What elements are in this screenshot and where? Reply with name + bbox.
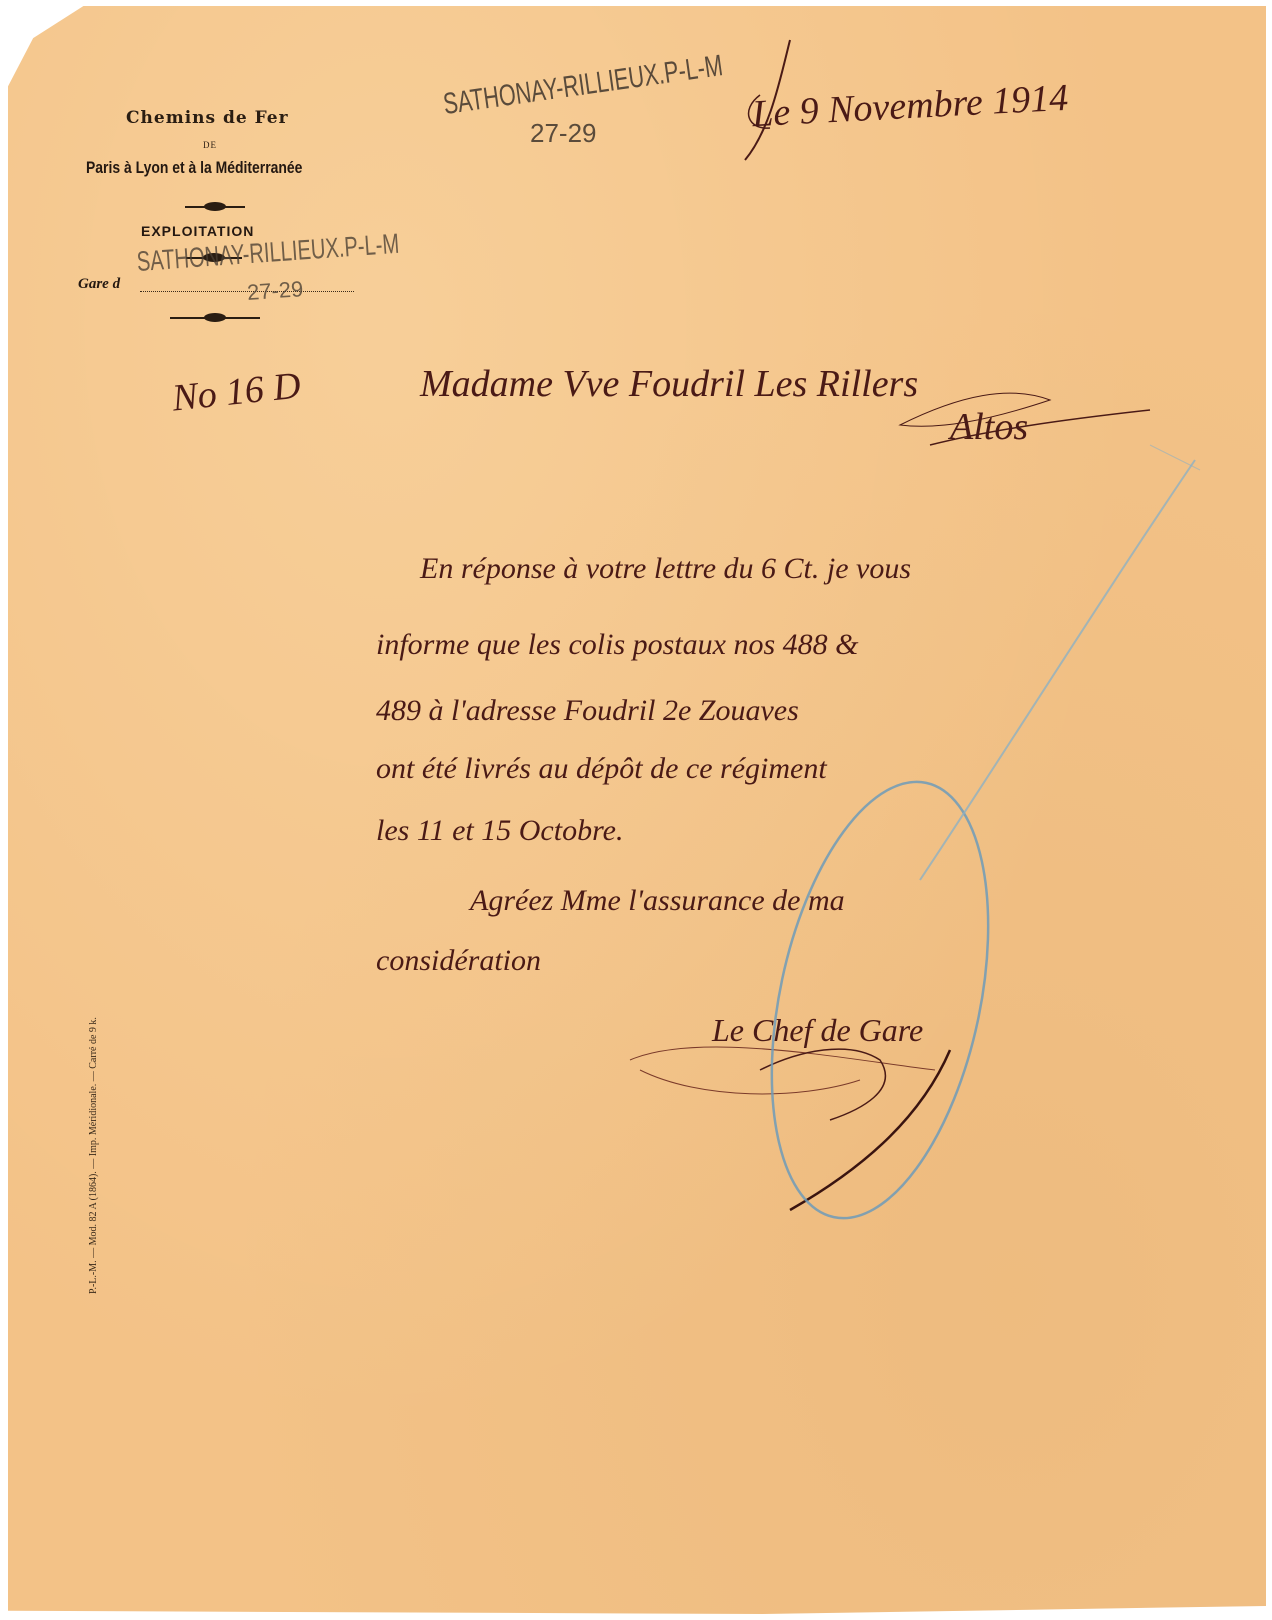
side-imprint: P.-L.-M. — Mod. 82 A (1864). — Imp. Méri… xyxy=(88,1017,99,1294)
pen-flourishes xyxy=(0,0,1272,1620)
